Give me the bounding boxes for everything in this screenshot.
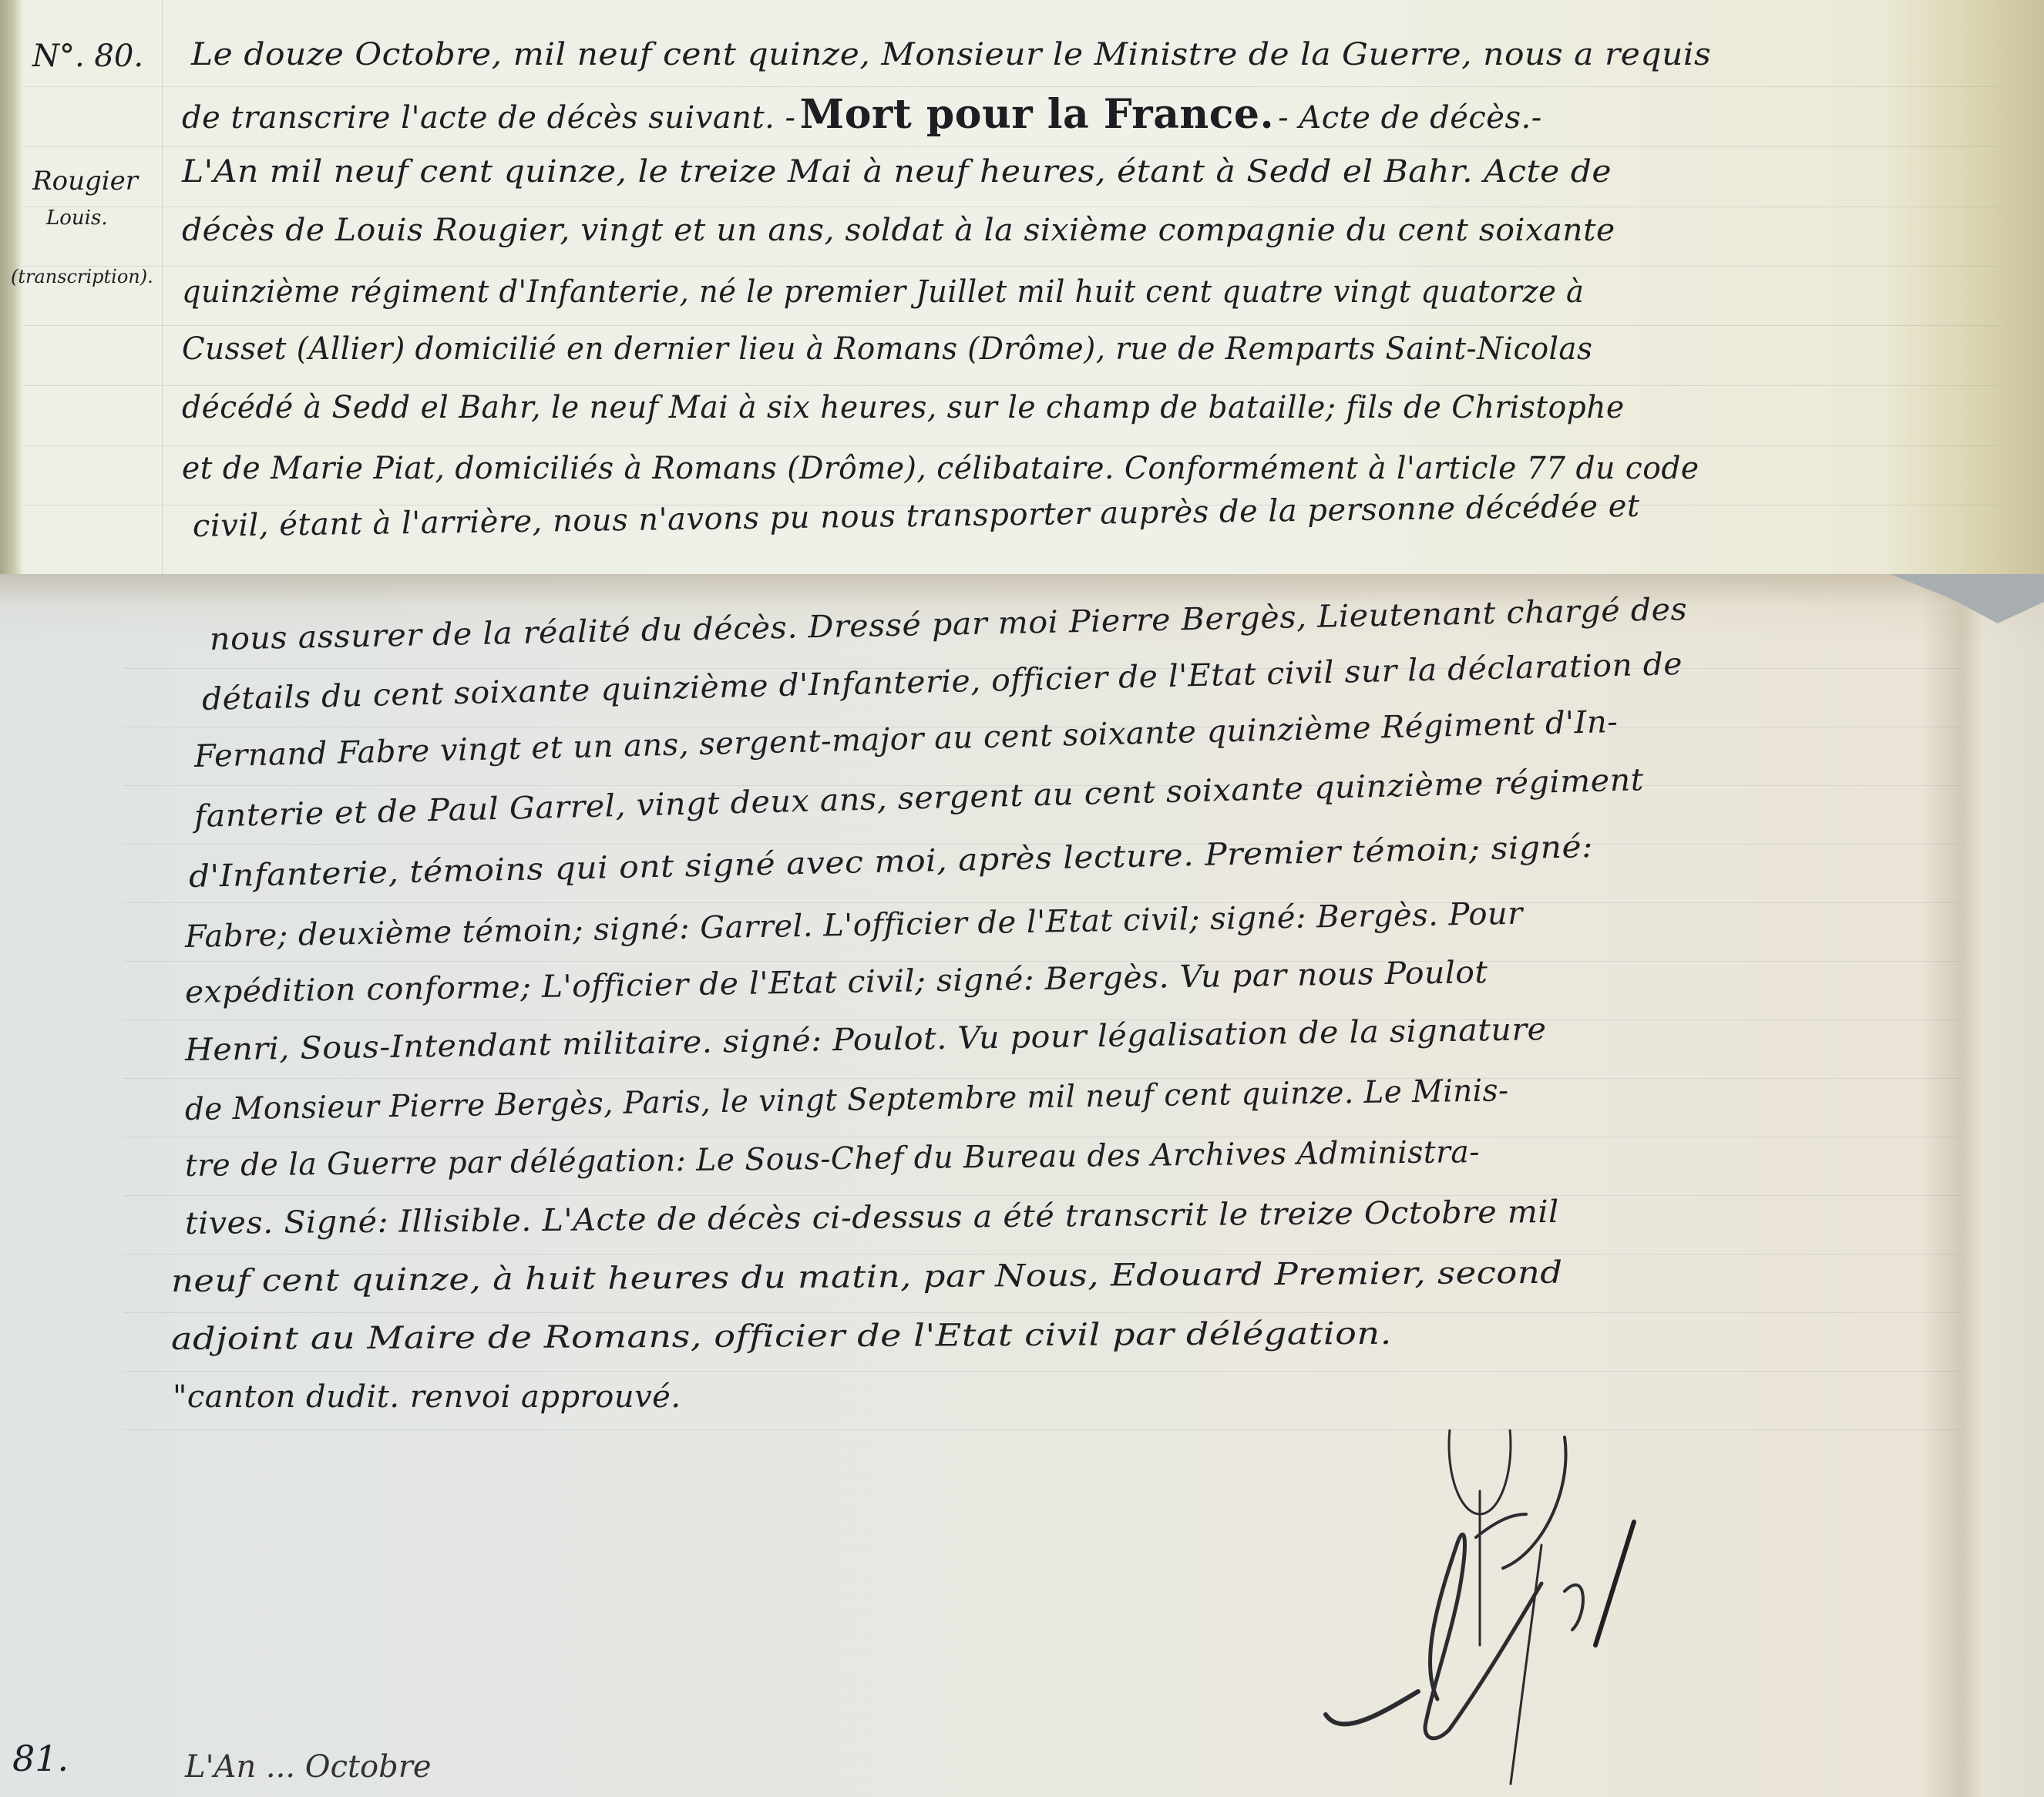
text-line: Fernand Fabre vingt et un ans, sergent-m… <box>193 704 1618 774</box>
text-line: neuf cent quinze, à huit heures du matin… <box>171 1255 1563 1299</box>
ruled-line <box>23 385 1998 386</box>
text-line: nous assurer de la réalité du décès. Dre… <box>210 592 1688 657</box>
text-line: Le douze Octobre, mil neuf cent quinze, … <box>191 37 1711 72</box>
next-entry-start: L'An ... Octobre <box>185 1749 432 1785</box>
text-line: adjoint au Maire de Romans, officier de … <box>171 1316 1392 1357</box>
ruled-line <box>123 1254 1959 1255</box>
register-page-top: N°. 80. Rougier Louis. (transcription). … <box>0 0 2044 574</box>
ruled-line <box>123 902 1959 903</box>
text-line: fanterie et de Paul Garrel, vingt deux a… <box>193 762 1644 835</box>
ruled-line <box>123 1312 1959 1313</box>
text-line: "canton dudit. renvoi approuvé. <box>173 1379 681 1415</box>
ruled-line <box>123 1137 1959 1137</box>
text-line: décédé à Sedd el Bahr, le neuf Mai à six… <box>182 390 1625 425</box>
text-line: Cusset (Allier) domicilié en dernier lie… <box>182 331 1592 367</box>
text-line: - Acte de décès.- <box>1278 100 1542 136</box>
ruled-line <box>123 1078 1959 1079</box>
text-line: Fabre; deuxième témoin; signé: Garrel. L… <box>185 896 1524 955</box>
text-line: de transcrire l'acte de décès suivant. - <box>182 100 796 136</box>
entry-number: N°. 80. <box>32 39 143 74</box>
page-corner-background <box>1890 574 2044 636</box>
text-line: et de Marie Piat, domiciliés à Romans (D… <box>182 451 1699 486</box>
text-line: détails du cent soixante quinzième d'Inf… <box>201 647 1683 717</box>
text-line: tives. Signé: Illisible. L'Acte de décès… <box>185 1194 1559 1241</box>
text-line: de Monsieur Pierre Bergès, Paris, le vin… <box>185 1073 1509 1127</box>
text-line: civil, étant à l'arrière, nous n'avons p… <box>193 489 1640 544</box>
ruled-line <box>123 1195 1959 1196</box>
ruled-line <box>23 266 1998 267</box>
ruled-line <box>23 86 1998 87</box>
mort-pour-la-france-stamp: Mort pour la France. <box>800 91 1274 138</box>
margin-surname: Rougier <box>32 166 138 196</box>
text-line: expédition conforme; L'officier de l'Eta… <box>185 955 1488 1010</box>
text-line: Henri, Sous-Intendant militaire. signé: … <box>185 1012 1547 1068</box>
text-line-with-stamp: de transcrire l'acte de décès suivant. -… <box>182 91 1542 138</box>
ruled-line <box>23 445 1998 446</box>
margin-note: (transcription). <box>11 266 153 287</box>
text-line: tre de la Guerre par délégation: Le Sous… <box>185 1134 1480 1184</box>
next-entry-number: 81. <box>12 1738 69 1779</box>
officer-signature <box>1310 1429 1696 1792</box>
register-page-bottom: nous assurer de la réalité du décès. Dre… <box>0 574 2044 1797</box>
margin-given-name: Louis. <box>46 207 108 230</box>
ruled-line <box>23 207 1998 207</box>
text-line: L'An mil neuf cent quinze, le treize Mai… <box>182 154 1612 190</box>
ruled-line <box>23 325 1998 326</box>
text-line: décès de Louis Rougier, vingt et un ans,… <box>182 213 1615 248</box>
text-line: d'Infanterie, témoins qui ont signé avec… <box>188 829 1593 895</box>
ruled-line <box>23 146 1998 147</box>
text-line: quinzième régiment d'Infanterie, né le p… <box>182 274 1584 310</box>
ruled-line <box>123 1371 1959 1372</box>
